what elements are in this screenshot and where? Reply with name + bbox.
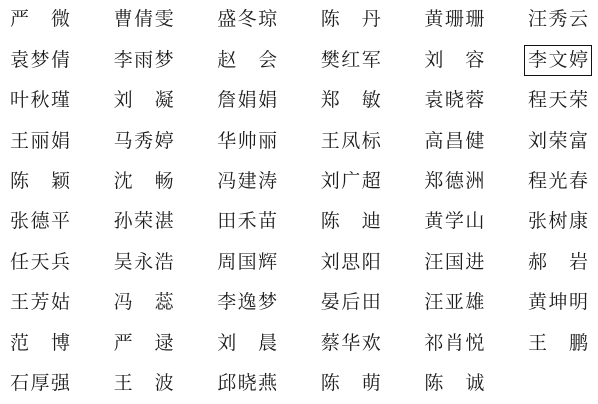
highlighted-name-cell: 李文婷 xyxy=(528,49,588,73)
name-character: 黄 xyxy=(424,8,443,32)
name-character: 陈 xyxy=(321,8,340,32)
name-character: 冯 xyxy=(114,291,133,315)
name-cell: 邱晓燕 xyxy=(217,372,277,396)
name-character: 洲 xyxy=(465,170,484,194)
name-cell: 严微 xyxy=(10,8,70,32)
name-character: 后 xyxy=(341,291,360,315)
name-character: 樊 xyxy=(321,49,340,73)
name-character: 建 xyxy=(238,170,257,194)
name-character: 鹏 xyxy=(569,332,588,356)
name-character: 肖 xyxy=(445,332,464,356)
name-character: 梦 xyxy=(155,49,174,73)
name-character: 健 xyxy=(465,130,484,154)
name-character: 郑 xyxy=(321,89,340,113)
name-character: 刘 xyxy=(528,130,547,154)
name-character: 云 xyxy=(569,8,588,32)
name-character: 王 xyxy=(10,130,29,154)
name-character: 蕊 xyxy=(155,291,174,315)
name-character: 晓 xyxy=(238,372,257,396)
name-cell: 冯蕊 xyxy=(114,291,174,315)
name-character: 严 xyxy=(10,8,29,32)
name-character: 阳 xyxy=(362,251,381,275)
name-character: 微 xyxy=(51,8,70,32)
name-character: 袁 xyxy=(424,89,443,113)
name-character: 荣 xyxy=(548,130,567,154)
name-cell: 高昌健 xyxy=(424,130,484,154)
name-cell: 冯建涛 xyxy=(217,170,277,194)
name-character: 邱 xyxy=(217,372,236,396)
name-character: 荣 xyxy=(569,89,588,113)
name-character: 康 xyxy=(569,210,588,234)
name-character: 黄 xyxy=(424,210,443,234)
name-character: 逸 xyxy=(238,291,257,315)
name-cell: 刘容 xyxy=(424,49,484,73)
name-cell: 汪国进 xyxy=(424,251,484,275)
name-cell: 晏后田 xyxy=(321,291,381,315)
name-character: 晓 xyxy=(445,89,464,113)
name-cell: 田禾苗 xyxy=(217,210,277,234)
name-cell: 蔡华欢 xyxy=(321,332,381,356)
name-character: 天 xyxy=(548,89,567,113)
name-character: 凤 xyxy=(341,130,360,154)
name-cell: 张德平 xyxy=(10,210,70,234)
name-cell: 石厚强 xyxy=(10,372,70,396)
name-cell: 李雨梦 xyxy=(114,49,174,73)
name-character: 明 xyxy=(569,291,588,315)
name-character: 超 xyxy=(362,170,381,194)
name-character: 浩 xyxy=(155,251,174,275)
name-character: 秋 xyxy=(30,89,49,113)
name-character: 陈 xyxy=(10,170,29,194)
name-character: 刘 xyxy=(114,89,133,113)
name-character: 国 xyxy=(445,251,464,275)
name-character: 张 xyxy=(528,210,547,234)
name-character: 禾 xyxy=(238,210,257,234)
name-character: 丹 xyxy=(362,8,381,32)
name-character: 娟 xyxy=(51,130,70,154)
name-character: 雨 xyxy=(134,49,153,73)
name-character: 敏 xyxy=(362,89,381,113)
name-character: 叶 xyxy=(10,89,29,113)
name-character: 岩 xyxy=(569,251,588,275)
name-character: 詹 xyxy=(217,89,236,113)
name-cell: 周国辉 xyxy=(217,251,277,275)
name-character: 吴 xyxy=(114,251,133,275)
name-cell: 黄学山 xyxy=(424,210,484,234)
name-cell: 刘晨 xyxy=(217,332,277,356)
name-character: 王 xyxy=(528,332,547,356)
name-character: 红 xyxy=(341,49,360,73)
name-character: 曹 xyxy=(114,8,133,32)
name-character: 郝 xyxy=(528,251,547,275)
name-character: 婷 xyxy=(155,130,174,154)
name-character: 黄 xyxy=(528,291,547,315)
name-cell: 王鹏 xyxy=(528,332,588,356)
name-character: 华 xyxy=(341,332,360,356)
name-character: 李 xyxy=(114,49,133,73)
name-character: 文 xyxy=(548,49,567,73)
name-character: 范 xyxy=(10,332,29,356)
name-character: 波 xyxy=(155,372,174,396)
name-character: 昌 xyxy=(445,130,464,154)
name-character: 蔡 xyxy=(321,332,340,356)
name-character: 迪 xyxy=(362,210,381,234)
name-character: 博 xyxy=(51,332,70,356)
name-cell: 孙荣湛 xyxy=(114,210,174,234)
name-cell: 汪亚雄 xyxy=(424,291,484,315)
name-character: 冯 xyxy=(217,170,236,194)
name-cell: 曹倩雯 xyxy=(114,8,174,32)
name-character: 荣 xyxy=(134,210,153,234)
name-character: 树 xyxy=(548,210,567,234)
name-character: 陈 xyxy=(424,372,443,396)
name-character: 凝 xyxy=(155,89,174,113)
name-character: 婷 xyxy=(569,49,588,73)
name-character: 刘 xyxy=(217,332,236,356)
name-cell: 祁肖悦 xyxy=(424,332,484,356)
name-character: 欢 xyxy=(362,332,381,356)
name-character: 袁 xyxy=(10,49,29,73)
name-character: 珊 xyxy=(445,8,464,32)
name-cell: 程天荣 xyxy=(528,89,588,113)
name-character: 琼 xyxy=(258,8,277,32)
name-character: 冬 xyxy=(238,8,257,32)
name-character: 春 xyxy=(569,170,588,194)
name-roster-page: 严微曹倩雯盛冬琼陈丹黄珊珊汪秀云袁梦倩李雨梦赵会樊红军刘容李文婷叶秋瑾刘凝詹娟娟… xyxy=(0,0,598,404)
name-character: 倩 xyxy=(51,49,70,73)
name-character: 秀 xyxy=(134,130,153,154)
name-cell: 刘凝 xyxy=(114,89,174,113)
name-character: 盛 xyxy=(217,8,236,32)
name-character: 郑 xyxy=(424,170,443,194)
name-character: 陈 xyxy=(321,372,340,396)
name-cell: 陈迪 xyxy=(321,210,381,234)
name-character: 会 xyxy=(258,49,277,73)
name-character: 汪 xyxy=(424,251,443,275)
name-character: 石 xyxy=(10,372,29,396)
name-character: 祁 xyxy=(424,332,443,356)
name-cell: 黄坤明 xyxy=(528,291,588,315)
name-cell: 陈诚 xyxy=(424,372,484,396)
name-character: 沈 xyxy=(114,170,133,194)
name-character: 广 xyxy=(341,170,360,194)
name-character: 萌 xyxy=(362,372,381,396)
name-character: 汪 xyxy=(528,8,547,32)
name-cell: 詹娟娟 xyxy=(217,89,277,113)
name-cell: 刘广超 xyxy=(321,170,381,194)
name-cell: 陈丹 xyxy=(321,8,381,32)
name-cell: 张树康 xyxy=(528,210,588,234)
name-character: 兵 xyxy=(51,251,70,275)
name-cell: 任天兵 xyxy=(10,251,70,275)
name-character: 平 xyxy=(51,210,70,234)
name-character: 任 xyxy=(10,251,29,275)
name-character: 李 xyxy=(528,49,547,73)
name-cell: 叶秋瑾 xyxy=(10,89,70,113)
name-cell: 郝岩 xyxy=(528,251,588,275)
name-character: 娟 xyxy=(258,89,277,113)
name-character: 光 xyxy=(548,170,567,194)
name-character: 山 xyxy=(465,210,484,234)
name-character: 涛 xyxy=(258,170,277,194)
name-character: 王 xyxy=(10,291,29,315)
name-character: 德 xyxy=(30,210,49,234)
name-character: 严 xyxy=(114,332,133,356)
name-character: 丽 xyxy=(30,130,49,154)
name-character: 思 xyxy=(341,251,360,275)
name-character: 田 xyxy=(362,291,381,315)
name-character: 马 xyxy=(114,130,133,154)
name-character: 蓉 xyxy=(465,89,484,113)
name-character: 诚 xyxy=(465,372,484,396)
name-character: 天 xyxy=(30,251,49,275)
name-character: 程 xyxy=(528,89,547,113)
name-character: 娟 xyxy=(238,89,257,113)
name-character: 富 xyxy=(569,130,588,154)
name-grid: 严微曹倩雯盛冬琼陈丹黄珊珊汪秀云袁梦倩李雨梦赵会樊红军刘容李文婷叶秋瑾刘凝詹娟娟… xyxy=(0,0,598,404)
name-character: 雄 xyxy=(465,291,484,315)
name-character: 畅 xyxy=(155,170,174,194)
name-cell: 陈颖 xyxy=(10,170,70,194)
name-character: 军 xyxy=(362,49,381,73)
name-character: 容 xyxy=(465,49,484,73)
name-character: 汪 xyxy=(424,291,443,315)
name-character: 国 xyxy=(238,251,257,275)
name-character: 悦 xyxy=(465,332,484,356)
name-cell: 王丽娟 xyxy=(10,130,70,154)
name-cell: 郑敏 xyxy=(321,89,381,113)
name-cell: 赵会 xyxy=(217,49,277,73)
name-cell: 袁梦倩 xyxy=(10,49,70,73)
name-character: 晏 xyxy=(321,291,340,315)
name-character: 辉 xyxy=(258,251,277,275)
name-cell: 程光春 xyxy=(528,170,588,194)
name-cell: 汪秀云 xyxy=(528,8,588,32)
name-character: 逯 xyxy=(155,332,174,356)
name-cell: 沈畅 xyxy=(114,170,174,194)
name-character: 颖 xyxy=(51,170,70,194)
name-character: 德 xyxy=(445,170,464,194)
name-character: 姑 xyxy=(51,291,70,315)
name-character: 倩 xyxy=(134,8,153,32)
name-cell: 袁晓蓉 xyxy=(424,89,484,113)
name-cell: 樊红军 xyxy=(321,49,381,73)
name-character: 坤 xyxy=(548,291,567,315)
name-character: 陈 xyxy=(321,210,340,234)
name-cell: 刘荣富 xyxy=(528,130,588,154)
name-character: 梦 xyxy=(258,291,277,315)
name-character: 燕 xyxy=(258,372,277,396)
name-character: 华 xyxy=(217,130,236,154)
name-character: 刘 xyxy=(321,251,340,275)
name-character: 赵 xyxy=(217,49,236,73)
name-character: 丽 xyxy=(258,130,277,154)
name-cell: 李逸梦 xyxy=(217,291,277,315)
name-character: 高 xyxy=(424,130,443,154)
name-character: 珊 xyxy=(465,8,484,32)
name-cell: 华帅丽 xyxy=(217,130,277,154)
name-cell: 王芳姑 xyxy=(10,291,70,315)
name-character: 田 xyxy=(217,210,236,234)
name-character: 孙 xyxy=(114,210,133,234)
name-character: 张 xyxy=(10,210,29,234)
name-character: 王 xyxy=(114,372,133,396)
name-character: 亚 xyxy=(445,291,464,315)
name-cell: 范博 xyxy=(10,332,70,356)
name-character: 瑾 xyxy=(51,89,70,113)
name-character: 湛 xyxy=(155,210,174,234)
name-cell: 郑德洲 xyxy=(424,170,484,194)
name-character: 厚 xyxy=(30,372,49,396)
name-cell: 黄珊珊 xyxy=(424,8,484,32)
name-character: 芳 xyxy=(30,291,49,315)
name-cell: 刘思阳 xyxy=(321,251,381,275)
name-character: 晨 xyxy=(258,332,277,356)
name-character: 雯 xyxy=(155,8,174,32)
name-cell: 陈萌 xyxy=(321,372,381,396)
name-character: 周 xyxy=(217,251,236,275)
name-character: 学 xyxy=(445,210,464,234)
name-cell: 马秀婷 xyxy=(114,130,174,154)
name-character: 苗 xyxy=(258,210,277,234)
name-character: 帅 xyxy=(238,130,257,154)
name-character: 强 xyxy=(51,372,70,396)
name-cell: 王波 xyxy=(114,372,174,396)
name-character: 程 xyxy=(528,170,547,194)
name-character: 进 xyxy=(465,251,484,275)
name-character: 秀 xyxy=(548,8,567,32)
name-cell: 盛冬琼 xyxy=(217,8,277,32)
name-character: 梦 xyxy=(30,49,49,73)
name-cell: 严逯 xyxy=(114,332,174,356)
name-cell: 吴永浩 xyxy=(114,251,174,275)
name-character: 刘 xyxy=(424,49,443,73)
name-character: 刘 xyxy=(321,170,340,194)
name-cell: 王凤标 xyxy=(321,130,381,154)
name-character: 永 xyxy=(134,251,153,275)
name-character: 李 xyxy=(217,291,236,315)
name-character: 王 xyxy=(321,130,340,154)
name-character: 标 xyxy=(362,130,381,154)
